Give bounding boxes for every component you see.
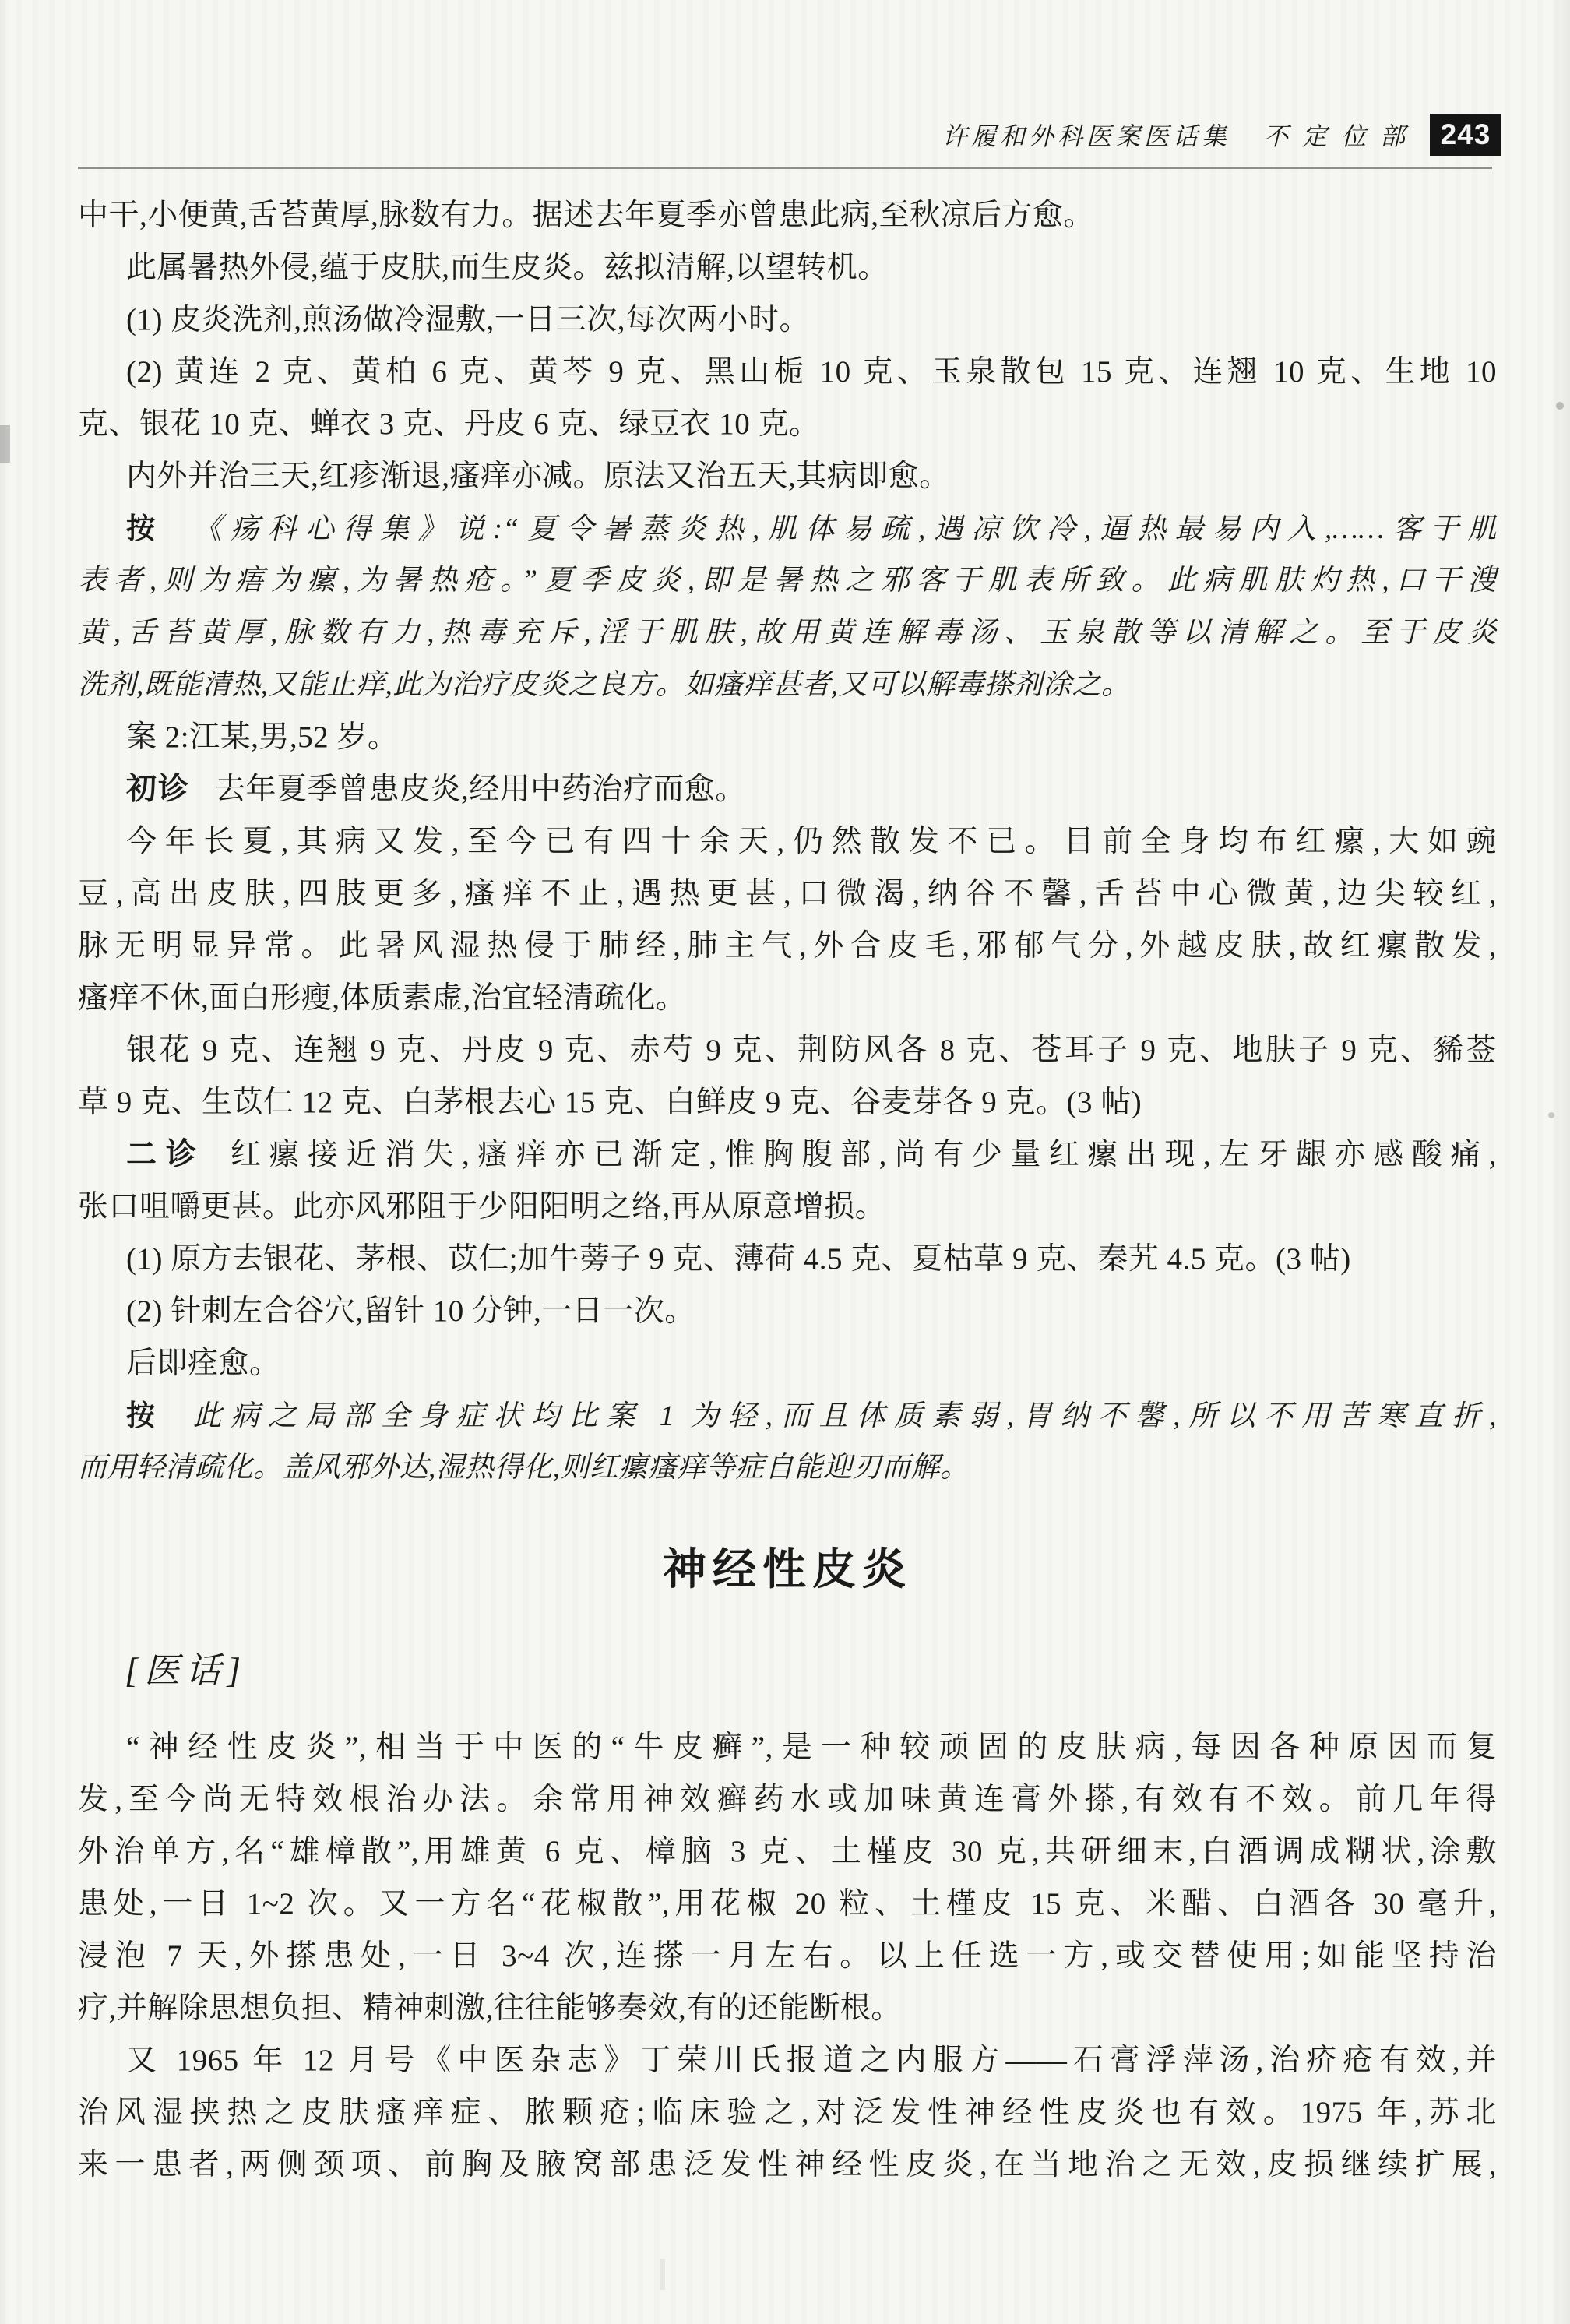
text-line: 张口咀嚼更甚。此亦风邪阻于少阳阳明之络,再从原意增损。 (78, 1181, 1497, 1233)
text-line: 又 1965 年 12 月号《中医杂志》丁荣川氏报道之内服方——石膏浮萍汤,治疥… (78, 2034, 1497, 2086)
text-line: 草 9 克、生苡仁 12 克、白茅根去心 15 克、白鲜皮 9 克、谷麦芽各 9… (78, 1076, 1497, 1129)
text-line: 二诊红瘰接近消失,瘙痒亦已渐定,惟胸腹部,尚有少量红瘰出现,左牙龈亦感酸痛, (78, 1129, 1497, 1181)
commentary-line: 黄,舌苔黄厚,脉数有力,热毒充斥,淫于肌肤,故用黄连解毒汤、玉泉散等以清解之。至… (78, 607, 1497, 659)
commentary-line: 按此病之局部全身症状均比案 1 为轻,而且体质素弱,胃纳不馨,所以不用苦寒直折, (78, 1389, 1497, 1442)
text-line: 中干,小便黄,舌苔黄厚,脉数有力。据述去年夏季亦曾患此病,至秋凉后方愈。 (78, 189, 1497, 241)
text-line: 浸泡 7 天,外搽患处,一日 3~4 次,连搽一月左右。以上任选一方,或交替使用… (78, 1930, 1497, 1982)
text-line: 初诊去年夏季曾患皮炎,经用中药治疗而愈。 (78, 763, 1497, 815)
text-line: 案 2:江某,男,52 岁。 (78, 711, 1497, 763)
visit-label: 二诊 (126, 1138, 206, 1171)
page-number-badge: 243 (1430, 114, 1501, 156)
commentary-text: 此病之局部全身症状均比案 1 为轻,而且体质素弱,胃纳不馨,所以不用苦寒直折, (193, 1400, 1497, 1432)
text-line: 发,至今尚无特效根治办法。余常用神效癣药水或加味黄连膏外搽,有效有不效。前几年得 (78, 1773, 1497, 1826)
commentary-line: 按《疡科心得集》说:“夏令暑蒸炎热,肌体易疏,遇凉饮冷,逼热最易内入,……客于肌 (78, 502, 1497, 555)
text-line: 脉无明显异常。此暑风湿热侵于肺经,肺主气,外合皮毛,邪郁气分,外越皮肤,故红瘰散… (78, 920, 1497, 972)
text-line: 内外并治三天,红疹渐退,瘙痒亦减。原法又治五天,其病即愈。 (78, 450, 1497, 502)
text-line: 后即痊愈。 (78, 1337, 1497, 1389)
text-line: (1) 原方去银花、茅根、苡仁;加牛蒡子 9 克、薄荷 4.5 克、夏枯草 9 … (78, 1233, 1497, 1285)
text-line: (2) 针刺左合谷穴,留针 10 分钟,一日一次。 (78, 1285, 1497, 1337)
yihua-label: [医话] (78, 1645, 1497, 1696)
section-heading: 神经性皮炎 (78, 1542, 1497, 1597)
text-line: 此属暑热外侵,蕴于皮肤,而生皮炎。兹拟清解,以望转机。 (78, 241, 1497, 294)
commentary-line: 表者,则为痦为瘰,为暑热疮。”夏季皮炎,即是暑热之邪客于肌表所致。此病肌肤灼热,… (78, 555, 1497, 607)
text-line: (1) 皮炎洗剂,煎汤做冷湿敷,一日三次,每次两小时。 (78, 294, 1497, 346)
commentary-text: 《疡科心得集》说:“夏令暑蒸炎热,肌体易疏,遇凉饮冷,逼热最易内入,……客于肌 (193, 513, 1497, 545)
scan-artifact (660, 2259, 665, 2290)
page-header: 许履和外科医案医话集 不定位部 243 (78, 111, 1501, 159)
section-label: 不定位部 (1263, 117, 1419, 153)
text-line: 瘙痒不休,面白形瘦,体质素虚,治宜轻清疏化。 (78, 972, 1497, 1024)
visit-text: 去年夏季曾患皮炎,经用中药治疗而愈。 (215, 773, 746, 806)
commentary-line: 而用轻清疏化。盖风邪外达,湿热得化,则红瘰瘙痒等症自能迎刃而解。 (78, 1442, 1497, 1494)
note-label: 按 (126, 1400, 165, 1431)
visit-label: 初诊 (126, 773, 190, 806)
scan-artifact (1556, 402, 1564, 410)
commentary-line: 洗剂,既能清热,又能止痒,此为治疗皮炎之良方。如瘙痒甚者,又可以解毒搽剂涂之。 (78, 659, 1497, 711)
text-line: 银花 9 克、连翘 9 克、丹皮 9 克、赤芍 9 克、荆防风各 8 克、苍耳子… (78, 1024, 1497, 1076)
text-line: (2) 黄连 2 克、黄柏 6 克、黄芩 9 克、黑山栀 10 克、玉泉散包 1… (78, 346, 1497, 398)
text-line: 克、银花 10 克、蝉衣 3 克、丹皮 6 克、绿豆衣 10 克。 (78, 398, 1497, 450)
text-line: “神经性皮炎”,相当于中医的“牛皮癣”,是一种较顽固的皮肤病,每因各种原因而复 (78, 1721, 1497, 1773)
text-line: 患处,一日 1~2 次。又一方名“花椒散”,用花椒 20 粒、土槿皮 15 克、… (78, 1878, 1497, 1930)
book-title: 许履和外科医案医话集 (942, 117, 1230, 153)
text-line: 豆,高出皮肤,四肢更多,瘙痒不止,遇热更甚,口微渴,纳谷不馨,舌苔中心微黄,边尖… (78, 868, 1497, 920)
visit-text: 红瘰接近消失,瘙痒亦已渐定,惟胸腹部,尚有少量红瘰出现,左牙龈亦感酸痛, (231, 1138, 1497, 1171)
text-line: 治风湿挟热之皮肤瘙痒症、脓颗疮;临床验之,对泛发性神经性皮炎也有效。1975 年… (78, 2086, 1497, 2139)
scan-artifact (1548, 1112, 1554, 1118)
text-line: 外治单方,名“雄樟散”,用雄黄 6 克、樟脑 3 克、土槿皮 30 克,共研细末… (78, 1826, 1497, 1878)
text-line: 疗,并解除思想负担、精神刺激,往往能够奏效,有的还能断根。 (78, 1982, 1497, 2034)
scan-artifact (0, 425, 10, 463)
header-rule (78, 167, 1492, 169)
text-line: 来一患者,两侧颈项、前胸及腋窝部患泛发性神经性皮炎,在当地治之无效,皮损继续扩展… (78, 2139, 1497, 2191)
text-column: 中干,小便黄,舌苔黄厚,脉数有力。据述去年夏季亦曾患此病,至秋凉后方愈。 此属暑… (78, 189, 1497, 2191)
text-line: 今年长夏,其病又发,至今已有四十余天,仍然散发不已。目前全身均布红瘰,大如豌 (78, 815, 1497, 868)
note-label: 按 (126, 512, 165, 544)
